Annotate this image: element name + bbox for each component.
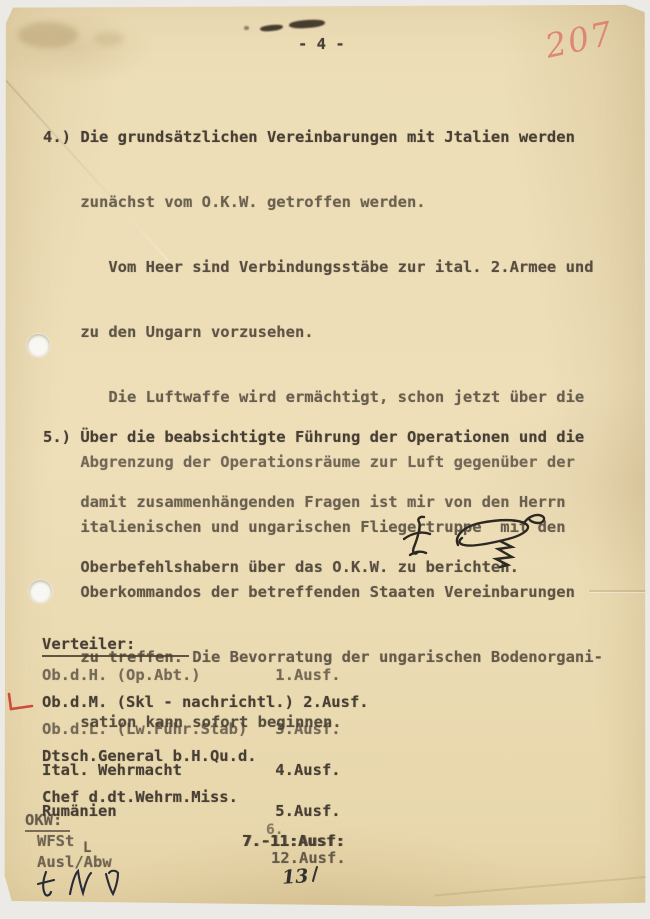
paragraph-line: zunächst vom O.K.W. getroffen werden. [43,189,603,216]
paragraph-5: 5.) Über die beabsichtigte Führung der O… [43,386,584,619]
ink-smudge [260,24,284,32]
distribution-line: Ital. Wehrmacht 4.Ausf. [42,763,369,777]
paper-sheet: - 4 - 207 4.) Die grundsätzlichen Verein… [4,4,646,910]
page-number: - 4 - [298,35,345,53]
distribution-line: Ob.d.H. (Op.Abt.) 1.Ausf. [42,668,369,682]
red-check-icon [6,692,36,714]
ink-smudge [244,26,249,30]
distribution-list: Verteiler: Ob.d.H. (Op.Abt.) 1.Ausf. Ob.… [42,634,369,831]
paragraph-line: 4.) Die grundsätzlichen Vereinbarungen m… [43,124,603,151]
distribution-line: Ob.d.M. (Skl - nachrichtl.) 2.Ausf. [42,695,369,709]
distribution-line: Ob.d.L. (Lw.Führ.Stab) 3.Ausf. [42,722,369,736]
distribution-heading: Verteiler: [42,635,189,657]
paragraph-line: Vom Heer sind Verbindungsstäbe zur ital.… [43,254,603,281]
signature [396,507,561,575]
tick-mark [308,864,322,884]
copy-number-range: 7.-11:Ausf: [242,832,345,850]
stain-mark [18,22,78,48]
folio-number: 207 [542,13,618,65]
handwritten-initials [32,864,142,906]
paragraph-line: zu den Ungarn vorzusehen. [43,319,603,346]
document-scan: { "doc": { "page_number": "- 4 -", "foli… [0,0,650,919]
okw-unit-wfst: WFSt [25,834,112,848]
okw-heading: OKW: [25,811,70,832]
handwritten-copy-number: 13 [281,865,309,889]
ink-smudge [289,19,325,29]
crease-line [434,874,650,897]
stain-mark [94,32,124,46]
paragraph-line: 5.) Über die beabsichtigte Führung der O… [43,424,584,451]
